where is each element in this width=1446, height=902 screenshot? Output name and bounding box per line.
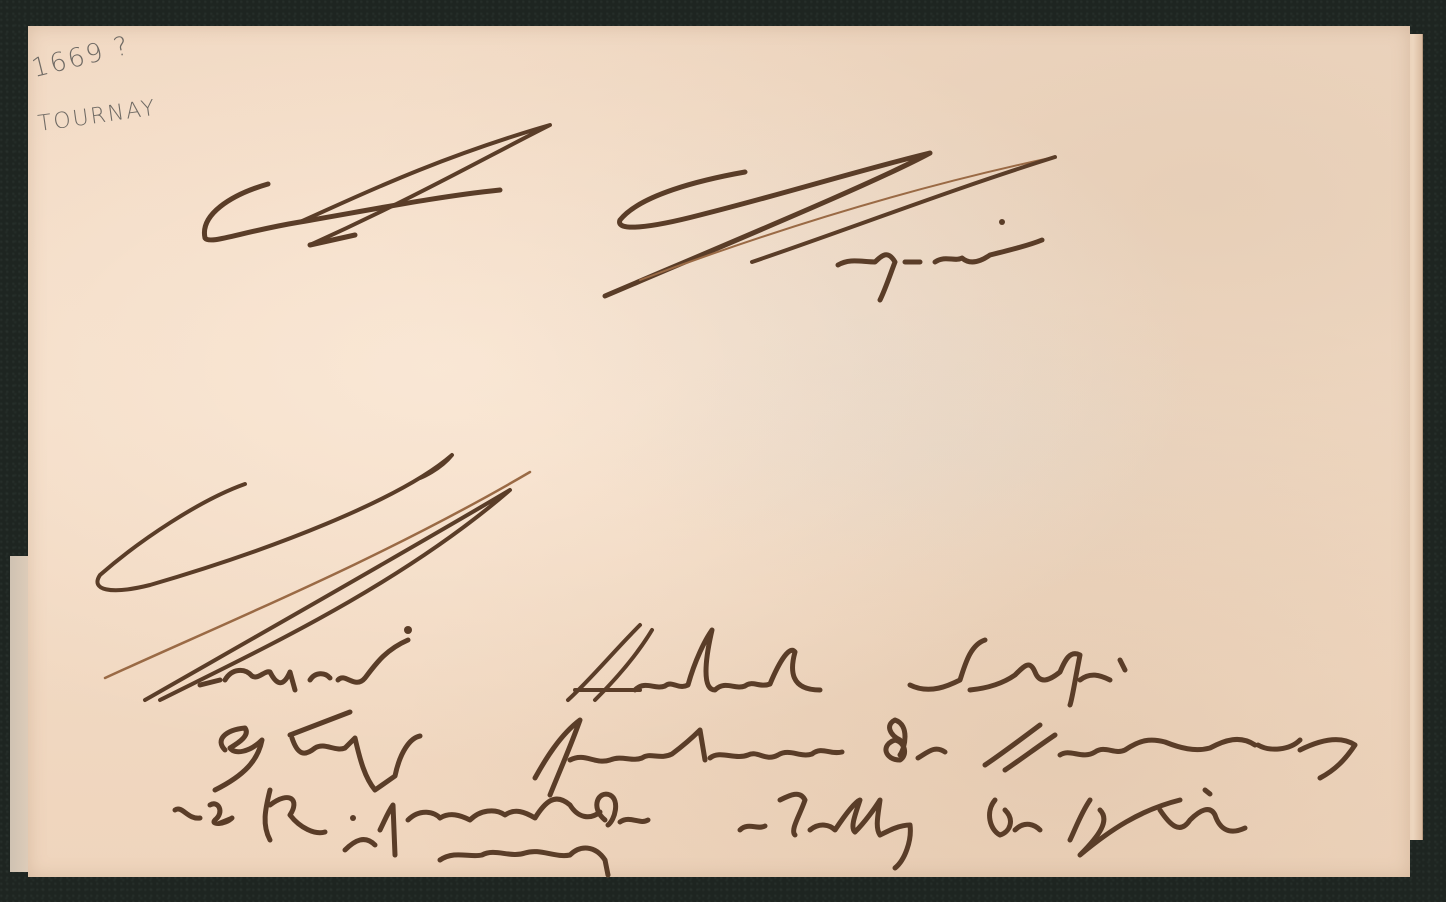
salutation-a: A (0, 0, 1, 1)
scan-background: 1669 ? TOURNAY (0, 0, 1446, 902)
paper-stain (28, 26, 1410, 877)
address-transcription: A Monsieur Monsieur Monsieur Vanbiert li… (0, 0, 1, 1)
letter-sheet (28, 26, 1410, 877)
